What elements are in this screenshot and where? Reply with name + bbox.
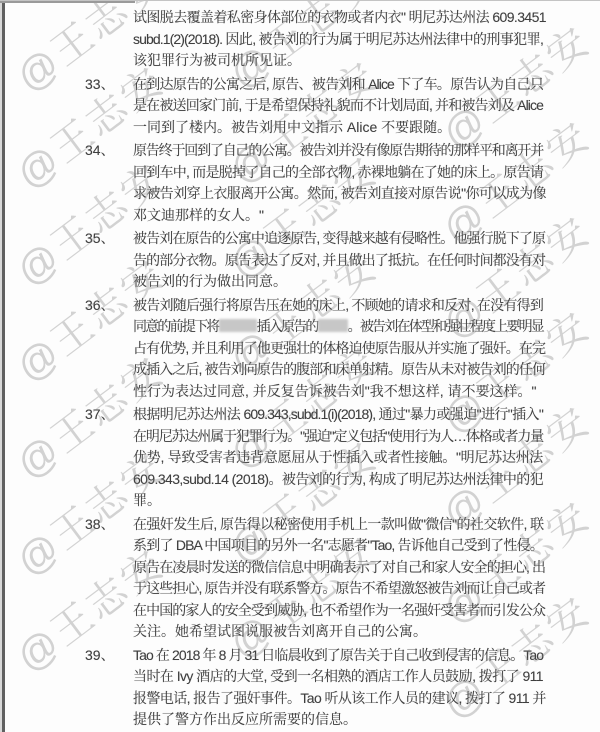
document-line: 一同到了楼内。被告刘用中文指示 Alice 不要跟随。 <box>133 117 543 139</box>
document-line: 占有优势, 并且利用了他更强壮的体格迫使原告服从并实施了强奸。在完 <box>133 338 543 360</box>
paragraph-33: 33、在到达原告的公寓之后, 原告、被告刘和 Alice 下了车。原告认为自己只… <box>0 74 543 139</box>
document-line: 试图脱去覆盖着私密身体部位的衣物或者内衣" 明尼苏达州法 609.3451 <box>133 7 543 29</box>
document-line: 提供了警方作出反应所需要的信息。 <box>133 709 543 731</box>
document-line: 优势, 导致受害者违背意愿屈从于性插入或者性接触。"明尼苏达州法 <box>133 447 543 469</box>
document-line: 邓文迪那样的女人。" <box>133 205 543 227</box>
document-line: 被告刘的行为做出同意。 <box>133 271 543 293</box>
document-line: 609.343,subd.14 (2018)。被告刘的行为, 构成了明尼苏达州法… <box>133 469 543 491</box>
document-line: Tao 在 2018 年 8 月 31 日临晨收到了原告关于自己收到侵害的信息。… <box>133 645 543 667</box>
paragraph-number: 33、 <box>85 74 115 96</box>
paragraph-number: 36、 <box>85 295 115 317</box>
document-line: 根据明尼苏达州法 609.343,subd.1(i)(2018), 通过"暴力或… <box>133 404 543 426</box>
redaction-box <box>219 319 257 332</box>
document-line: 关注。她希望试图说服被告刘离开自己的公寓。 <box>133 621 543 643</box>
document-line: 报警电话, 报告了强奸事件。Tao 听从该工作人员的建议, 拨打了 911 并 <box>133 688 543 710</box>
redaction-box <box>318 319 348 332</box>
document-line: 同意的前提下将插入原告的。被告刘在体型和强壮程度上要明显 <box>133 316 543 338</box>
document-line: 求被告刘穿上衣服离开公寓。然而, 被告刘直接对原告说"你可以成为像 <box>133 183 543 205</box>
document-line: subd.1(2)(2018). 因此, 被告刘的行为属于明尼苏达州法律中的刑事… <box>133 29 543 51</box>
page-top-line-dark <box>0 1 135 3</box>
document-line: 回到车中, 而是脱掉了自己的全部衣物, 赤裸地躺在了她的床上。原告请 <box>133 162 543 184</box>
paragraph-37: 37、根据明尼苏达州法 609.343,subd.1(i)(2018), 通过"… <box>0 404 543 512</box>
paragraph-34: 34、原告终于回到了自己的公寓。被告刘并没有像原告期待的那样平和离开并回到车中,… <box>0 140 543 226</box>
page-edge-line <box>2 0 5 732</box>
document-line: 在到达原告的公寓之后, 原告、被告刘和 Alice 下了车。原告认为自己只 <box>133 74 543 96</box>
paragraph-35: 35、被告刘在原告的公寓中追逐原告, 变得越来越有侵略性。他强行脱下了原告的部分… <box>0 228 543 293</box>
paragraph-number: 35、 <box>85 228 115 250</box>
document-line: 系到了 DBA 中国项目的另外一名"志愿者"Tao, 告诉他自己受到了性侵。 <box>133 535 543 557</box>
document-line: 性行为表达过同意, 并反复告诉被告刘"我不想这样, 请不要这样。" <box>133 381 543 403</box>
document-line: 告的部分衣物。原告表达了反对, 并且做出了抵抗。在任何时间都没有对 <box>133 250 543 272</box>
document-line: 是在被送回家门前, 于是希望保持礼貌而不计划局面, 并和被告刘及 Alice <box>133 95 543 117</box>
paragraph-number: 38、 <box>85 514 115 536</box>
document-line: 在中国的家人的安全受到威胁, 也不希望作为一名强奸受害者而引发公众 <box>133 600 543 622</box>
paragraph-39: 39、Tao 在 2018 年 8 月 31 日临晨收到了原告关于自己收到侵害的… <box>0 645 543 731</box>
document-line: 原告终于回到了自己的公寓。被告刘并没有像原告期待的那样平和离开并 <box>133 140 543 162</box>
paragraph-38: 38、在强奸发生后, 原告得以秘密使用手机上一款叫做"微信"的社交软件, 联系到… <box>0 514 543 643</box>
document-body: 试图脱去覆盖着私密身体部位的衣物或者内衣" 明尼苏达州法 609.3451sub… <box>0 7 543 731</box>
document-line: 于这些担心, 原告并没有联系警方。原告不希望激怒被告刘而让自己或者 <box>133 578 543 600</box>
document-line: 成插入之后, 被告刘向原告的腹部和床单射精。原告从未对被告刘的任何 <box>133 359 543 381</box>
document-line: 当时在 Ivy 酒店的大堂, 受到一名相熟的酒店工作人员鼓励, 拨打了 911 <box>133 666 543 688</box>
document-line: 在强奸发生后, 原告得以秘密使用手机上一款叫做"微信"的社交软件, 联 <box>133 514 543 536</box>
document-line: 被告刘随后强行将原告压在她的床上, 不顾她的请求和反对, 在没有得到 <box>133 295 543 317</box>
paragraph-36: 36、被告刘随后强行将原告压在她的床上, 不顾她的请求和反对, 在没有得到同意的… <box>0 295 543 403</box>
document-line: 被告刘在原告的公寓中追逐原告, 变得越来越有侵略性。他强行脱下了原 <box>133 228 543 250</box>
document-line: 罪。 <box>133 490 543 512</box>
document-line: 在明尼苏达州属于犯罪行为。"强迫"定义包括"使用行为人…体格或者力量 <box>133 426 543 448</box>
paragraph-number: 39、 <box>85 645 115 667</box>
paragraph-number: 34、 <box>85 140 115 162</box>
paragraph-number: 37、 <box>85 404 115 426</box>
document-line: 该犯罪行为被司机所见证。 <box>133 50 543 72</box>
document-line: 原告在凌晨时发送的微信信息中明确表示了对自己和家人安全的担心, 出 <box>133 557 543 579</box>
